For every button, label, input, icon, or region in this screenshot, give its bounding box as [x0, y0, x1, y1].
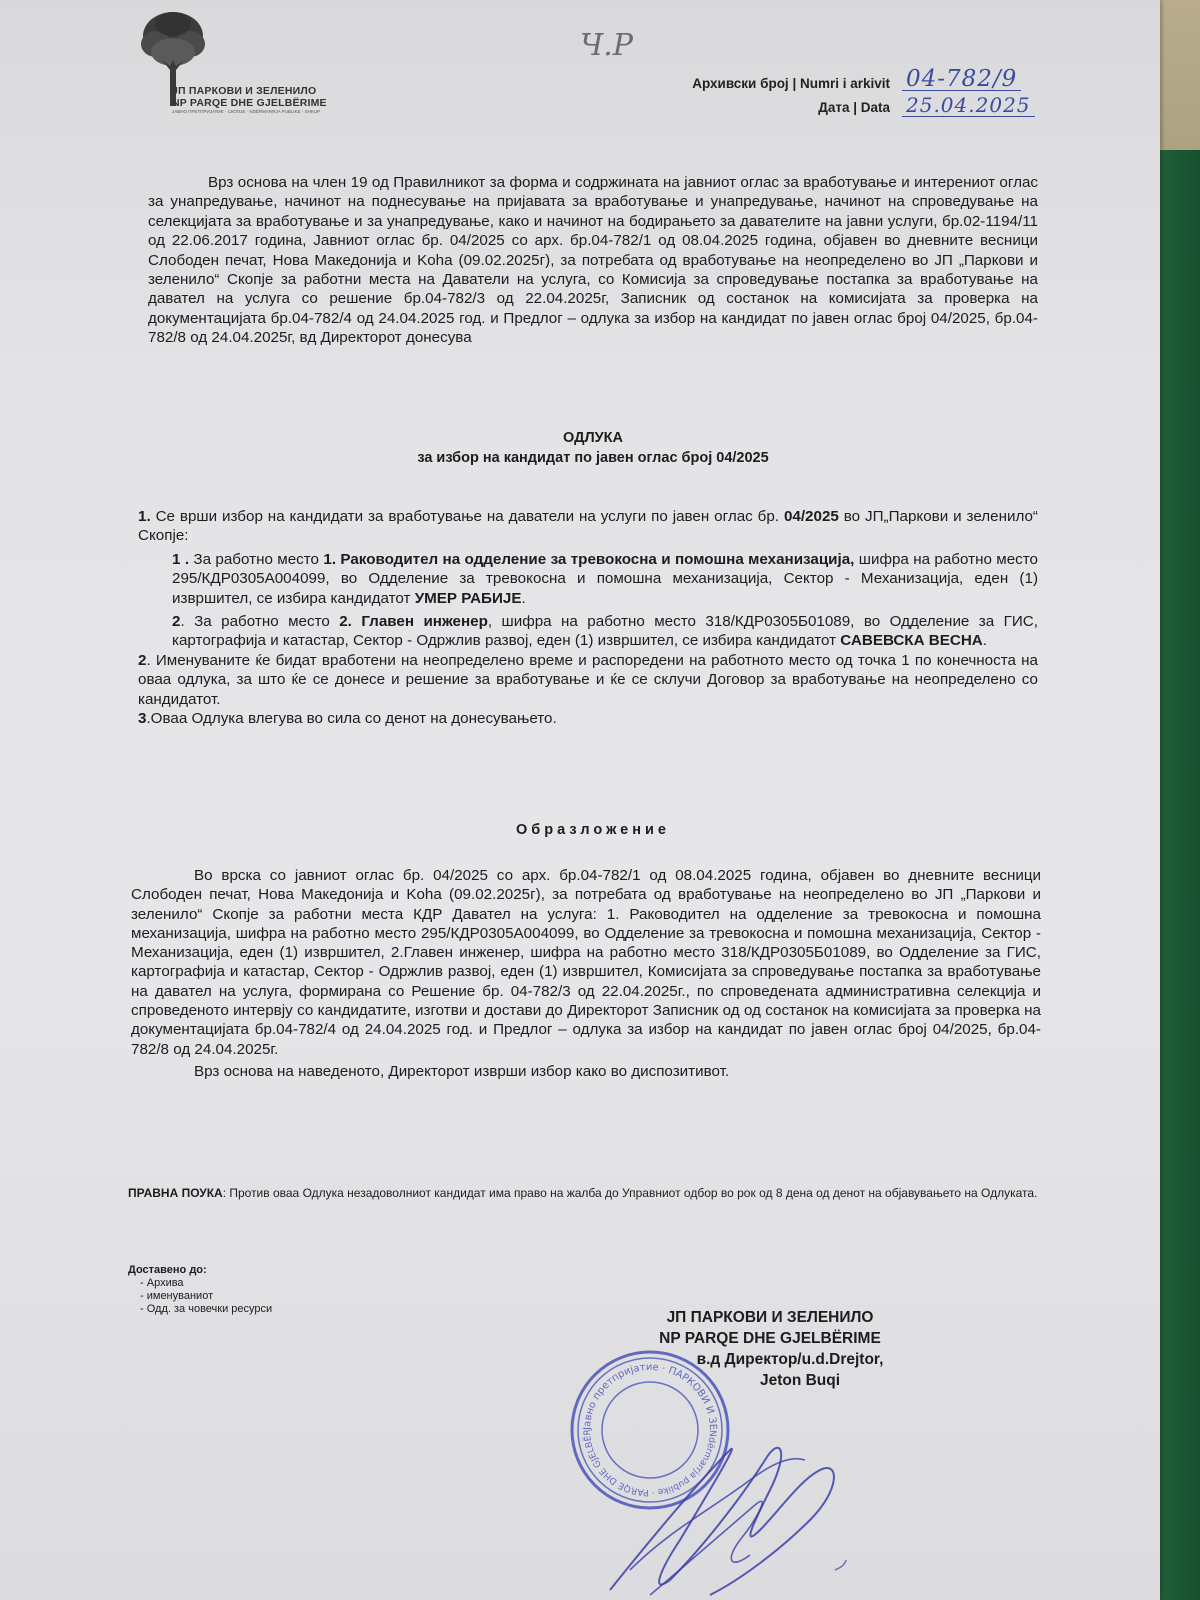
selected-candidate: САВЕВСКА ВЕСНА [840, 632, 982, 649]
decision-heading: ОДЛУКА за избор на кандидат по јавен огл… [148, 428, 1038, 468]
document-page: ЈП ПАРКОВИ И ЗЕЛЕНИЛО NP PARQE DHE GJELB… [0, 0, 1160, 1600]
subitem-text: За работно место [189, 551, 323, 568]
dispositive-subitem-2: 2. За работно место 2. Главен инженер, ш… [138, 612, 1038, 651]
dispositive-section: 1. Се врши избор на кандидати за вработу… [138, 507, 1038, 728]
handwritten-note: Ч.Р [580, 28, 633, 63]
selected-candidate: УМЕР РАБИЈЕ [415, 590, 522, 607]
dispositive-subitem-1: 1 . За работно место 1. Раководител на о… [138, 550, 1038, 608]
list-item: Одд. за човечки ресурси [140, 1303, 272, 1316]
list-item: именуваниот [140, 1290, 272, 1303]
signatory-name: Jeton Buqi [610, 1370, 930, 1391]
dispositive-item-1: 1. Се врши избор на кандидати за вработу… [138, 507, 1038, 546]
logo-subtitle: ЈАВНО ПРЕТПРИЈАТИЕ · СКОПЈЕ · NDËRMARRJA… [172, 110, 327, 115]
delivered-to: Доставено до: Архива именуваниот Одд. за… [128, 1264, 272, 1316]
delivered-to-title: Доставено до: [128, 1264, 272, 1277]
legal-notice-label: ПРАВНА ПОУКА [128, 1186, 223, 1200]
date-value: 25.04.2025 [902, 94, 1035, 117]
dispositive-item-3: 3.Оваа Одлука влегува во сила со денот н… [138, 709, 1038, 728]
signatory-organization-mk: ЈП ПАРКОВИ И ЗЕЛЕНИЛО [610, 1307, 930, 1328]
logo-text-macedonian: ЈП ПАРКОВИ И ЗЕЛЕНИЛО [172, 86, 327, 97]
decision-title: ОДЛУКА [148, 428, 1038, 448]
decision-subtitle: за избор на кандидат по јавен оглас број… [148, 448, 1038, 468]
signatory-organization-sq: NP PARQE DHE GJELBËRIME [610, 1328, 930, 1349]
subitem-number: 1 . [172, 551, 189, 568]
signature-block: ЈП ПАРКОВИ И ЗЕЛЕНИЛО NP PARQE DHE GJELB… [610, 1307, 930, 1391]
position-title: 2. Главен инженер [339, 613, 488, 630]
explanation-paragraph: Врз основа на наведеното, Директорот изв… [131, 1062, 1041, 1081]
dispositive-item-2: 2. Именуваните ќе бидат вработени на нео… [138, 651, 1038, 709]
subitem-text: . [983, 632, 987, 649]
explanation-section: Во врска со јавниот оглас бр. 04/2025 со… [131, 866, 1041, 1081]
legal-notice-text: : Против оваа Одлука незадоволниот канди… [223, 1186, 1038, 1200]
subitem-text: . [521, 590, 525, 607]
intro-paragraph: Врз основа на член 19 од Правилникот за … [148, 173, 1038, 348]
organization-logo: ЈП ПАРКОВИ И ЗЕЛЕНИЛО NP PARQE DHE GJELB… [138, 8, 338, 113]
item-text: .Оваа Одлука влегува во сила со денот на… [146, 710, 556, 727]
archive-info: Архивски број | Numri i arkivit Дата | D… [692, 76, 898, 124]
list-item: Архива [140, 1277, 272, 1290]
delivered-to-list: Архива именуваниот Одд. за човечки ресур… [128, 1277, 272, 1316]
ad-number: 04/2025 [784, 508, 839, 525]
archive-number-value: 04-782/9 [902, 68, 1021, 91]
item-number: 1. [138, 508, 151, 525]
handwritten-signature-icon [590, 1420, 890, 1600]
position-title: 1. Раководител на одделение за тревокосн… [323, 551, 854, 568]
item-text: . Именуваните ќе бидат вработени на неоп… [138, 652, 1038, 708]
legal-notice: ПРАВНА ПОУКА: Против оваа Одлука незадов… [128, 1184, 1048, 1203]
logo-text-albanian: NP PARQE DHE GJELBËRIME [172, 98, 327, 109]
signatory-role: в.д Директор/u.d.Drejtor, [610, 1349, 930, 1370]
explanation-title: Образложение [148, 822, 1038, 838]
explanation-paragraph: Во врска со јавниот оглас бр. 04/2025 со… [131, 866, 1041, 1059]
date-label: Дата | Data [818, 100, 890, 115]
item-text: Се врши избор на кандидати за вработувањ… [151, 508, 784, 525]
archive-number-label: Архивски број | Numri i arkivit [692, 76, 890, 91]
subitem-text: . За работно место [180, 613, 339, 630]
